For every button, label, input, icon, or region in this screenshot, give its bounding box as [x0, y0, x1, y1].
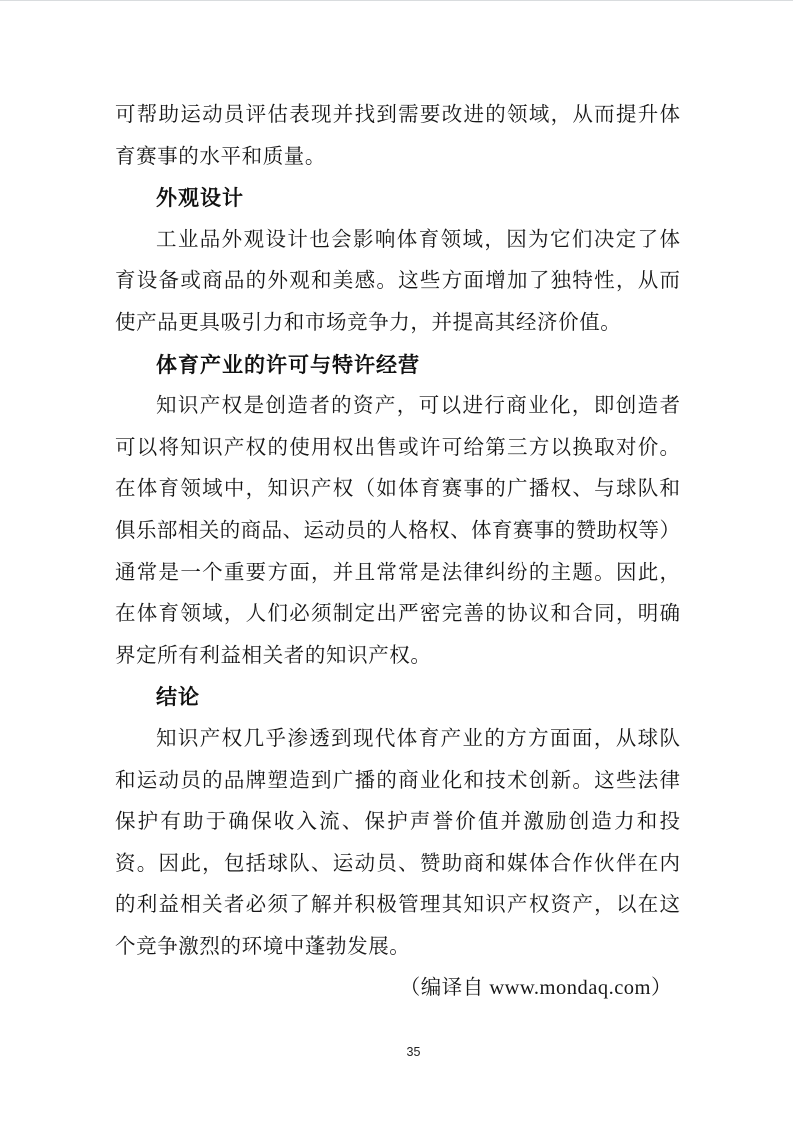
text-line: 知识产权几乎渗透到现代体育产业的方方面面，从球队	[115, 719, 680, 761]
text-line: 工业品外观设计也会影响体育领域，因为它们决定了体	[115, 220, 680, 262]
text-line: 保护有助于确保收入流、保护声誉价值并激励创造力和投	[115, 802, 680, 844]
text-line: 的利益相关者必须了解并积极管理其知识产权资产，以在这	[115, 885, 680, 927]
text-line: 育设备或商品的外观和美感。这些方面增加了独特性，从而	[115, 261, 680, 303]
text-line: 育赛事的水平和质量。	[115, 137, 680, 179]
text-line: 可帮助运动员评估表现并找到需要改进的领域，从而提升体	[115, 95, 680, 137]
document-body: 可帮助运动员评估表现并找到需要改进的领域，从而提升体育赛事的水平和质量。外观设计…	[115, 95, 680, 1010]
text-line: 可以将知识产权的使用权出售或许可给第三方以换取对价。	[115, 428, 680, 470]
section-heading: 体育产业的许可与特许经营	[115, 345, 680, 387]
text-line: 界定所有利益相关者的知识产权。	[115, 636, 680, 678]
document-page: 可帮助运动员评估表现并找到需要改进的领域，从而提升体育赛事的水平和质量。外观设计…	[0, 0, 793, 1122]
text-line: 资。因此，包括球队、运动员、赞助商和媒体合作伙伴在内	[115, 844, 680, 886]
text-line: 个竞争激烈的环境中蓬勃发展。	[115, 927, 680, 969]
text-line: 使产品更具吸引力和市场竞争力，并提高其经济价值。	[115, 303, 680, 345]
text-line: 知识产权是创造者的资产，可以进行商业化，即创造者	[115, 386, 680, 428]
page-number: 35	[407, 1045, 421, 1059]
text-line: 和运动员的品牌塑造到广播的商业化和技术创新。这些法律	[115, 761, 680, 803]
text-line: 在体育领域，人们必须制定出严密完善的协议和合同，明确	[115, 594, 680, 636]
text-line: 在体育领域中，知识产权（如体育赛事的广播权、与球队和	[115, 469, 680, 511]
attribution-line: （编译自 www.mondaq.com）	[115, 968, 680, 1010]
text-line: 通常是一个重要方面，并且常常是法律纠纷的主题。因此，	[115, 553, 680, 595]
section-heading: 结论	[115, 677, 680, 719]
section-heading: 外观设计	[115, 178, 680, 220]
text-line: 俱乐部相关的商品、运动员的人格权、体育赛事的赞助权等）	[115, 511, 680, 553]
page-footer: 35	[0, 1043, 793, 1061]
